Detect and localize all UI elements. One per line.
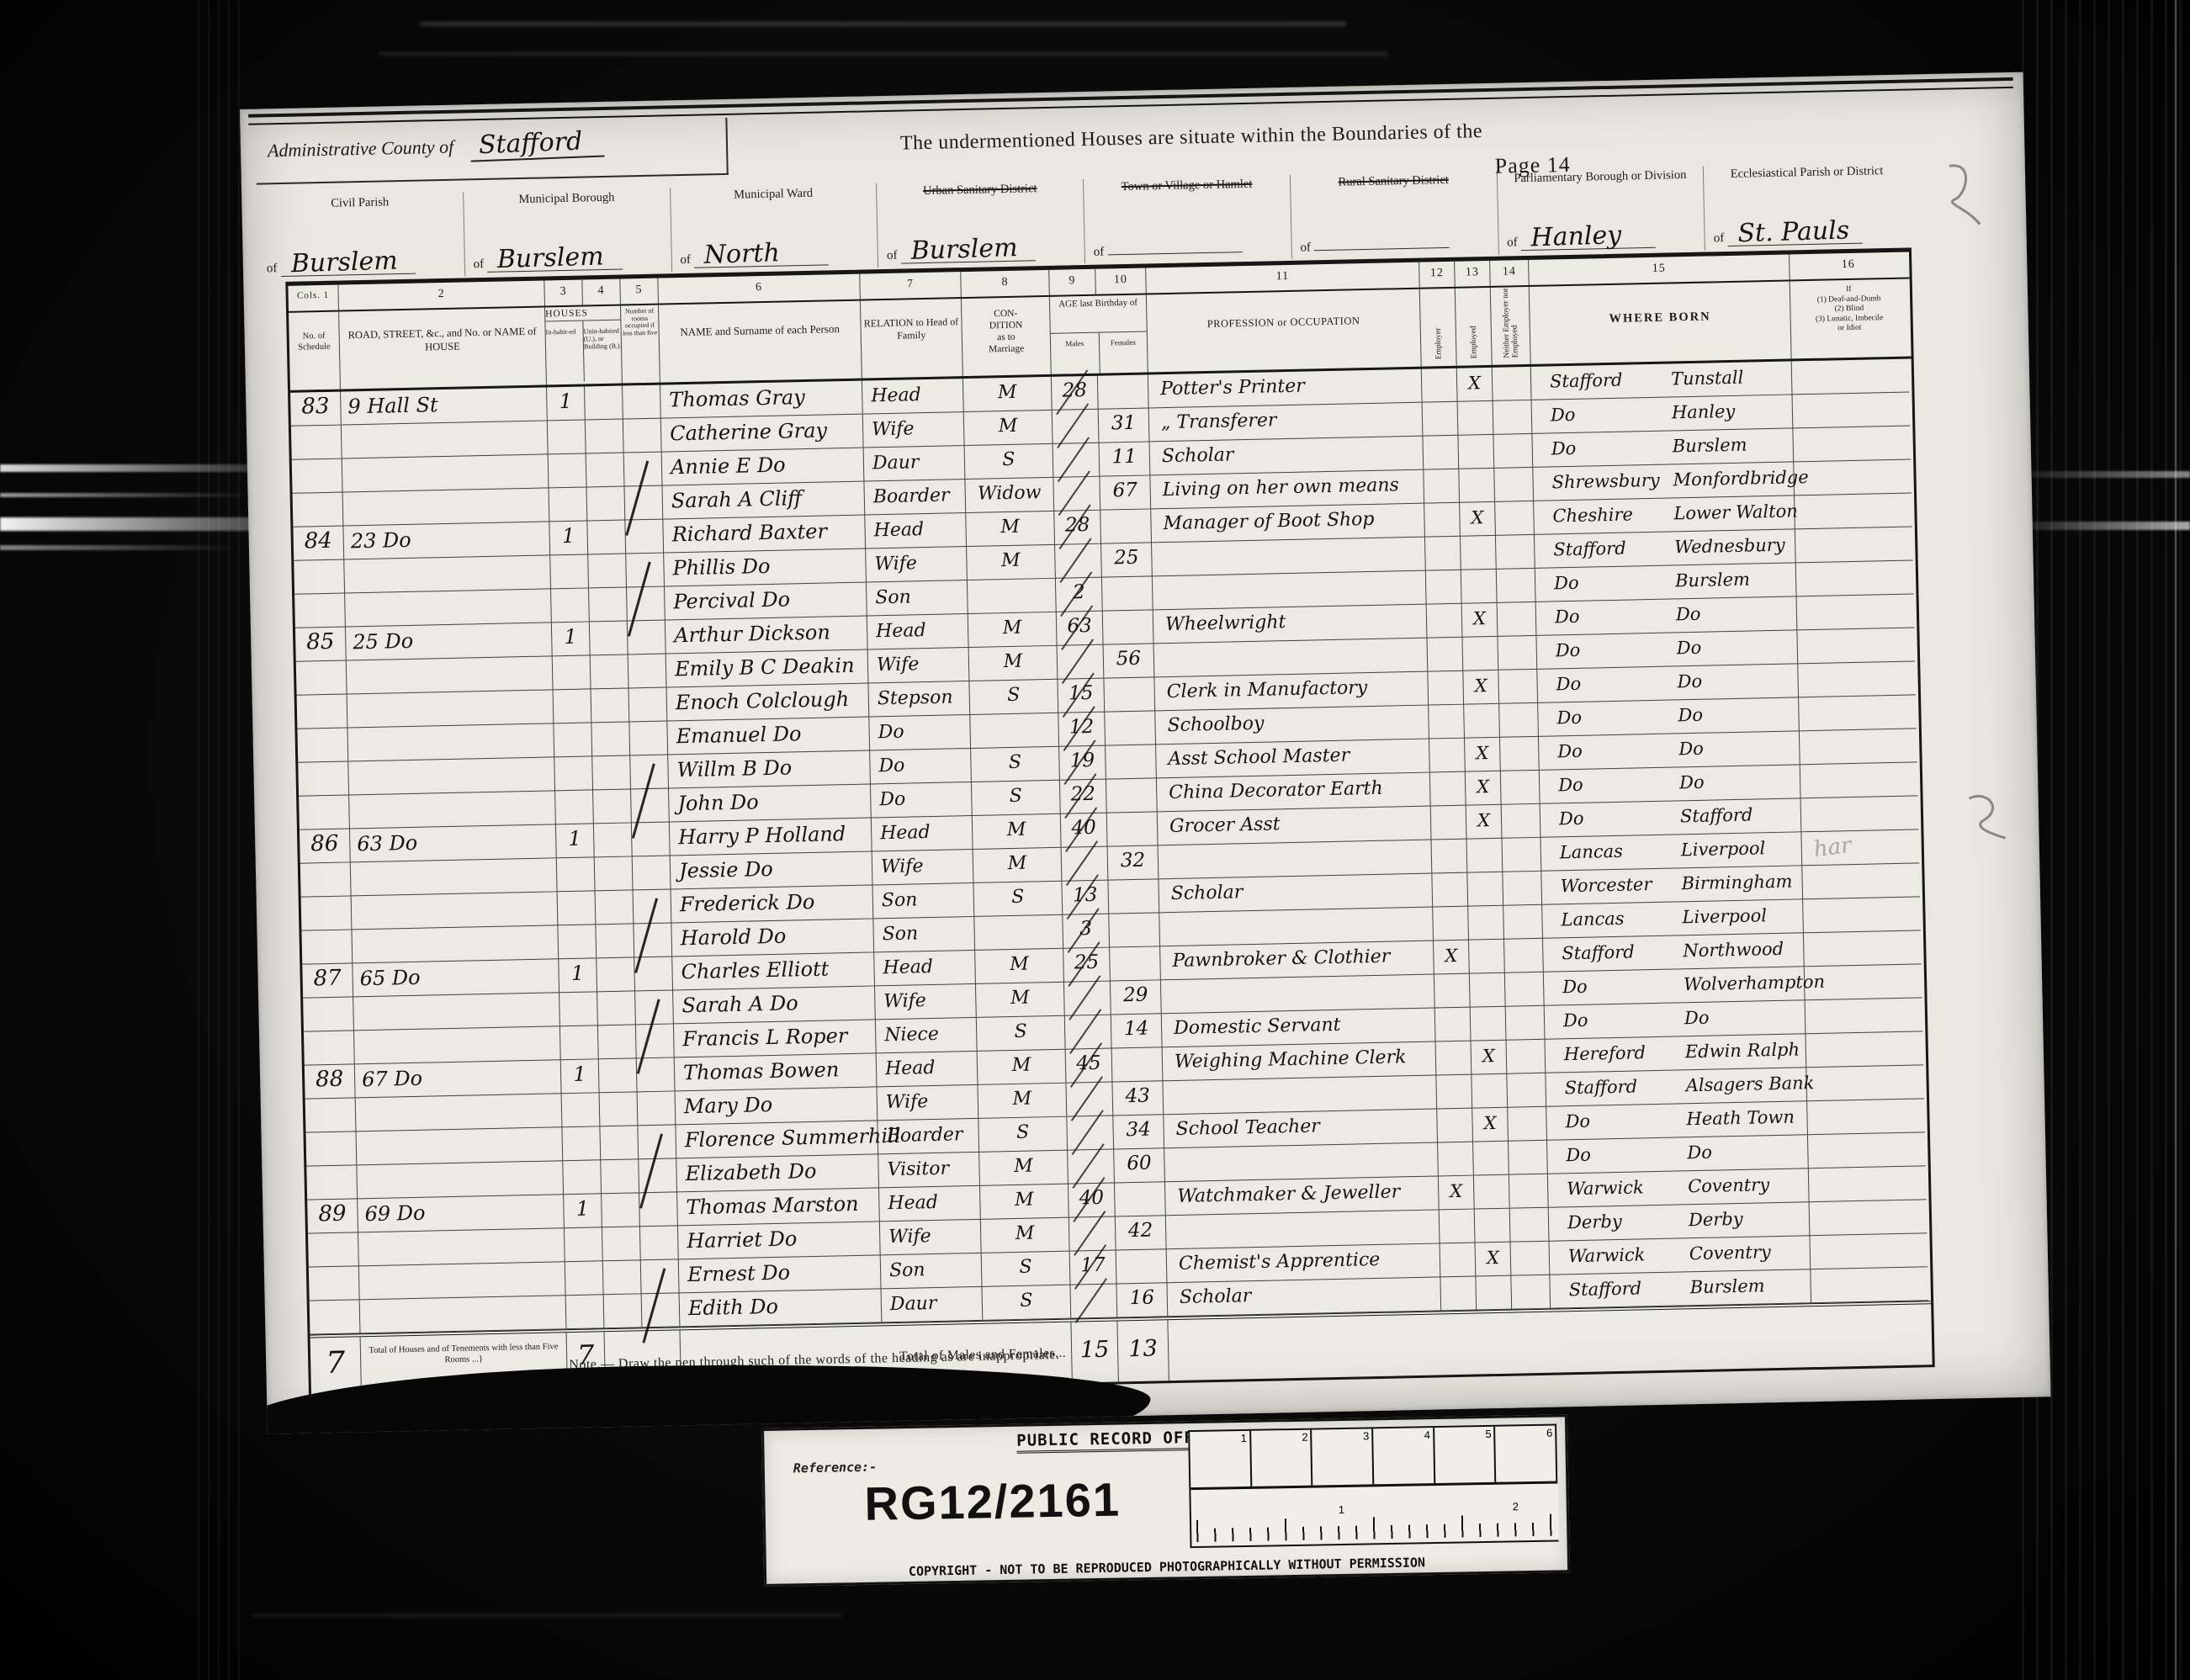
- cell-employed-mark: [1461, 536, 1497, 570]
- cell-rooms: [623, 385, 661, 420]
- cell-relation: Daur: [882, 1287, 984, 1323]
- film-streak: [379, 52, 1388, 56]
- cell-condition: Widow: [965, 478, 1054, 513]
- cell-neither-mark: [1511, 1242, 1551, 1276]
- cell-inhabited: [549, 453, 587, 488]
- cell-employer-mark: [1425, 537, 1461, 571]
- cell-rooms: [637, 1057, 676, 1092]
- cell-where-born: DoHeath Town: [1546, 1101, 1808, 1140]
- cell-rooms: [628, 621, 666, 655]
- cell-infirmity: [1796, 560, 1914, 596]
- cell-neither-mark: [1503, 872, 1542, 906]
- cell-neither-mark: [1510, 1208, 1550, 1243]
- cell-inhabited: 1: [559, 958, 597, 993]
- cell-employer-mark: [1436, 1041, 1472, 1076]
- header-field-line: St. Pauls: [1727, 223, 1863, 246]
- cell-age-female: [1116, 1249, 1168, 1284]
- cell-rooms: [629, 688, 668, 723]
- cell-infirmity: [1795, 493, 1912, 529]
- cell-schedule: [294, 594, 346, 628]
- cell-uninhabited: [595, 856, 634, 891]
- cell-employed-mark: [1462, 637, 1498, 671]
- cell-neither-mark: [1501, 771, 1540, 805]
- cell-uninhabited: [594, 823, 633, 857]
- cell-address: [345, 589, 552, 627]
- cell-employer-mark: [1429, 705, 1465, 739]
- cell-inhabited: 1: [549, 521, 588, 555]
- cell-condition: M: [973, 814, 1062, 850]
- header-field-of: ofNorth: [680, 243, 867, 268]
- cell-name: Harry P Holland: [670, 818, 872, 856]
- cell-schedule: 88: [305, 1064, 356, 1099]
- cell-relation: Head: [865, 513, 967, 549]
- cell-where-born: StaffordBurslem: [1550, 1269, 1811, 1308]
- cell-age-male: 2: [1056, 578, 1103, 612]
- cell-infirmity: [1797, 628, 1915, 664]
- cell-inhabited: [558, 891, 597, 925]
- born-place: Wolverhampton: [1662, 972, 1826, 1003]
- cell-employed-mark: [1464, 704, 1500, 739]
- cell-employed-mark: X: [1476, 1243, 1512, 1277]
- cell-address: [356, 1094, 563, 1131]
- ruler-cell: 3: [1312, 1428, 1374, 1485]
- cell-occupation: Pawnbroker & Clothier: [1160, 941, 1434, 980]
- column-number: 14: [1490, 260, 1530, 286]
- cell-rooms: [625, 520, 664, 554]
- cell-inhabited: 1: [561, 1059, 600, 1094]
- cell-infirmity: [1793, 427, 1911, 463]
- born-county: Worcester: [1541, 874, 1660, 904]
- cell-employed-mark: X: [1465, 738, 1501, 772]
- cell-relation: Do: [869, 715, 971, 751]
- cell-age-female: 25: [1101, 543, 1153, 577]
- page-heading: The undermentioned Houses are situate wi…: [745, 117, 1637, 158]
- col-header-employer: Employer: [1420, 289, 1457, 367]
- cell-age-male: 63: [1057, 612, 1104, 646]
- born-county: Shrewsbury: [1533, 470, 1652, 501]
- cell-infirmity: [1807, 1099, 1925, 1135]
- cell-where-born: WorcesterBirmingham: [1541, 866, 1803, 904]
- cell-neither-mark: [1496, 535, 1535, 570]
- cell-employed-mark: [1468, 906, 1504, 941]
- cell-where-born: DoDo: [1547, 1135, 1809, 1174]
- born-place: Liverpool: [1660, 905, 1767, 935]
- cell-condition: M: [976, 983, 1065, 1018]
- cell-neither-mark: [1498, 670, 1538, 704]
- cell-name: Edith Do: [680, 1289, 883, 1327]
- cell-employed-mark: X: [1457, 368, 1493, 402]
- ruler-number: 1: [1339, 1503, 1344, 1516]
- cell-inhabited: [553, 655, 591, 690]
- cell-neither-mark: [1502, 804, 1541, 839]
- cell-neither-mark: [1509, 1174, 1549, 1209]
- cell-uninhabited: [598, 1025, 637, 1059]
- cell-employed-mark: X: [1463, 670, 1499, 705]
- column-number: 6: [658, 274, 861, 304]
- cell-where-born: DoWolverhampton: [1544, 967, 1806, 1005]
- cell-uninhabited: [590, 621, 628, 655]
- col-header-age: AGE last Birthday of: [1050, 294, 1147, 333]
- cell-rooms: [627, 587, 665, 622]
- cell-where-born: ShrewsburyMonfordbridge: [1533, 462, 1795, 501]
- cell-rooms: [631, 788, 670, 823]
- cell-age-female: [1109, 913, 1160, 947]
- cell-occupation: Manager of Boot Shop: [1151, 504, 1425, 543]
- cell-where-born: CheshireLower Walton: [1534, 496, 1795, 534]
- cell-condition: [974, 915, 1063, 951]
- born-place: Do: [1657, 739, 1704, 767]
- cell-infirmity: [1792, 359, 1910, 395]
- cell-employed-mark: [1459, 469, 1495, 503]
- born-county: Do: [1538, 706, 1657, 736]
- cell-name: Percival Do: [665, 583, 867, 621]
- cell-infirmity: [1800, 729, 1917, 765]
- column-number: 7: [860, 272, 962, 299]
- ruler-cell: 2: [1251, 1430, 1313, 1487]
- born-place: Derby: [1667, 1209, 1743, 1238]
- cell-infirmity: [1802, 863, 1920, 899]
- born-county: Cheshire: [1534, 504, 1652, 534]
- cell-rooms: [634, 957, 673, 991]
- born-place: Do: [1655, 671, 1702, 700]
- cell-schedule: [301, 896, 353, 930]
- col-header-inhabited: In-habit-ed: [545, 321, 584, 383]
- cell-occupation: Weighing Machine Clerk: [1163, 1041, 1437, 1081]
- cell-neither-mark: [1500, 737, 1540, 771]
- cell-employer-mark: [1427, 638, 1463, 672]
- header-field-of: of: [1094, 241, 1281, 260]
- cell-uninhabited: [600, 1126, 639, 1160]
- cell-uninhabited: [601, 1159, 639, 1194]
- cell-name: Elizabeth Do: [676, 1154, 879, 1192]
- cell-employer-mark: [1435, 1008, 1471, 1042]
- cell-age-female: 31: [1099, 408, 1150, 443]
- cell-address: [347, 723, 554, 761]
- ruler-cell: 1: [1190, 1431, 1252, 1487]
- col-header-road: ROAD, STREET, &c., and No. or NAME of HO…: [339, 307, 547, 389]
- header-field-label: Rural Sanitary District: [1291, 172, 1497, 191]
- cell-age-male: [1064, 982, 1111, 1016]
- cell-neither-mark: [1497, 569, 1536, 603]
- cell-rooms: [624, 486, 663, 521]
- col-header-employed: Employed: [1456, 288, 1493, 366]
- col-header-where-born: WHERE BORN: [1530, 281, 1792, 363]
- cell-employed-mark: [1469, 940, 1505, 974]
- cell-schedule: [308, 1232, 359, 1267]
- born-place: Do: [1662, 1008, 1710, 1036]
- born-place: Do: [1654, 604, 1701, 633]
- cell-infirmity: [1797, 594, 1915, 630]
- born-place: Do: [1656, 705, 1703, 734]
- cell-where-born: StaffordWednesbury: [1535, 529, 1796, 568]
- cell-inhabited: [549, 487, 588, 522]
- header-field-label: Ecclesiastical Parish or District: [1704, 163, 1910, 182]
- born-county: Do: [1536, 605, 1655, 635]
- cell-condition: S: [978, 1117, 1068, 1153]
- col-header-name: NAME and Surname of each Person: [659, 301, 862, 383]
- born-county: Do: [1532, 403, 1651, 433]
- cell-neither-mark: [1503, 905, 1543, 940]
- cell-uninhabited: [585, 386, 623, 421]
- born-county: Stafford: [1535, 538, 1653, 568]
- cell-age-female: 43: [1112, 1081, 1164, 1116]
- pencil-squiggle: [1962, 787, 2013, 847]
- cell-condition: S: [983, 1285, 1072, 1321]
- cell-name: Phillis Do: [664, 549, 867, 587]
- header-field-line: [1314, 247, 1449, 251]
- header-field-line: North: [694, 244, 830, 268]
- cell-schedule: 83: [290, 392, 342, 427]
- cell-condition: M: [981, 1218, 1070, 1253]
- cell-employer-mark: [1440, 1210, 1476, 1244]
- col-header-infirmity: If (1) Deaf-and-Dumb (2) Blind (3) Lunat…: [1790, 279, 1909, 359]
- header-field-label: Civil Parish: [257, 193, 463, 212]
- cell-neither-mark: [1511, 1275, 1551, 1310]
- cell-age-male: 17: [1070, 1250, 1117, 1285]
- cell-infirmity: [1800, 762, 1918, 798]
- header-field: Town or Village or Hamletof: [1083, 175, 1291, 263]
- cell-inhabited: [559, 992, 598, 1026]
- cell-employer-mark: [1428, 671, 1464, 706]
- col-header-condition: CON- DITION as to Marriage: [962, 297, 1052, 376]
- cell-infirmity: [1794, 459, 1912, 496]
- born-place: Heath Town: [1664, 1107, 1795, 1137]
- cell-age-male: [1062, 847, 1109, 882]
- cell-uninhabited: [589, 587, 628, 622]
- cell-uninhabited: [596, 924, 634, 958]
- header-field-line: Burslem: [280, 253, 416, 277]
- header-field-of: ofSt. Pauls: [1714, 222, 1901, 247]
- cell-relation: Head: [877, 1052, 978, 1088]
- cell-address: [359, 1262, 566, 1300]
- cell-neither-mark: [1499, 703, 1539, 738]
- header-field: Urban Sanitary DistrictofBurslem: [876, 179, 1084, 268]
- cell-relation: Son: [867, 580, 968, 617]
- cell-address: [352, 892, 559, 930]
- cell-employed-mark: [1458, 401, 1494, 436]
- cell-name: Ernest Do: [679, 1255, 882, 1293]
- cell-employed-mark: [1470, 973, 1506, 1008]
- col-header-males: Males: [1051, 333, 1100, 374]
- cell-occupation: Scholar: [1159, 874, 1433, 914]
- cell-uninhabited: [593, 789, 632, 824]
- column-number: 11: [1146, 262, 1420, 294]
- cell-occupation: Wheelwright: [1153, 605, 1428, 644]
- public-record-office-stamp: PUBLIC RECORD OFFICE Reference:- RG12/21…: [761, 1414, 1570, 1587]
- cell-address: [347, 690, 554, 728]
- cell-where-born: DoHanley: [1532, 395, 1794, 433]
- cell-occupation: Watchmaker & Jeweller: [1165, 1176, 1440, 1216]
- cell-address: [351, 858, 558, 896]
- born-place: Lower Walton: [1652, 501, 1798, 532]
- cell-name: Annie E Do: [662, 448, 865, 486]
- born-place: Tunstall: [1649, 368, 1744, 397]
- cell-occupation: [1153, 571, 1427, 611]
- cell-uninhabited: [587, 521, 626, 555]
- cell-employer-mark: X: [1434, 941, 1470, 975]
- cell-employer-mark: [1438, 1142, 1474, 1177]
- cell-where-born: LancasLiverpool: [1542, 899, 1804, 938]
- cell-occupation: [1159, 840, 1433, 880]
- cell-neither-mark: [1494, 468, 1534, 502]
- header-field: Parliamentary Borough or DivisionofHanle…: [1496, 167, 1705, 255]
- cell-name: Charles Elliott: [672, 952, 875, 990]
- cell-occupation: Asst School Master: [1156, 739, 1430, 779]
- header-field-label: Municipal Ward: [671, 185, 877, 204]
- film-scan-stage: Administrative County of Stafford The un…: [0, 0, 2190, 1680]
- cell-neither-mark: [1504, 939, 1544, 973]
- cell-employer-mark: [1430, 772, 1466, 807]
- cell-relation: Wife: [866, 547, 968, 583]
- cell-employer-mark: [1431, 840, 1467, 874]
- cell-condition: S: [972, 781, 1061, 816]
- cell-occupation: [1164, 1142, 1439, 1182]
- cell-where-born: DoDo: [1539, 731, 1800, 770]
- cell-employed-mark: [1475, 1209, 1511, 1243]
- cell-rooms: [636, 1024, 675, 1058]
- col-header-houses-group: HOUSES In-habit-ed Unin-habited (U.), or…: [545, 306, 623, 385]
- cell-condition: M: [978, 1084, 1067, 1119]
- born-place: Alsagers Bank: [1663, 1073, 1814, 1104]
- cell-neither-mark: [1508, 1107, 1547, 1142]
- header-field-of: ofHanley: [1507, 226, 1694, 252]
- cell-age-male: 40: [1061, 814, 1108, 848]
- cell-schedule: [296, 660, 347, 695]
- cell-occupation: Clerk in Manufactory: [1154, 672, 1429, 712]
- cell-age-female: [1098, 374, 1149, 409]
- cell-rooms: [628, 655, 667, 689]
- column-number: 8: [961, 270, 1050, 297]
- cell-inhabited: [558, 925, 597, 959]
- cell-age-male: 19: [1059, 746, 1106, 781]
- column-number: 5: [620, 278, 659, 305]
- cell-relation: Wife: [863, 412, 965, 448]
- cell-age-male: 3: [1063, 914, 1110, 949]
- cell-relation: Son: [881, 1253, 983, 1290]
- ruler-number: 2: [1513, 1500, 1519, 1513]
- cell-neither-mark: [1498, 602, 1537, 637]
- cell-age-male: 25: [1063, 948, 1111, 983]
- column-number: 12: [1419, 262, 1456, 288]
- cell-schedule: [303, 997, 354, 1031]
- cell-occupation: Scholar: [1150, 437, 1424, 476]
- cell-uninhabited: [586, 420, 624, 454]
- cell-age-male: 15: [1058, 679, 1105, 713]
- cell-age-male: 22: [1060, 780, 1107, 814]
- header-field-of: ofBurslem: [267, 252, 454, 278]
- cell-age-male: 13: [1062, 881, 1109, 915]
- cell-employed-mark: [1473, 1142, 1509, 1176]
- cell-name: Sarah A Cliff: [662, 482, 865, 520]
- cell-name: John Do: [669, 784, 872, 822]
- cell-uninhabited: [600, 1092, 639, 1126]
- cell-occupation: [1154, 639, 1429, 678]
- cell-schedule: 87: [302, 963, 353, 998]
- cell-occupation: [1163, 1075, 1437, 1115]
- cell-relation: Head: [867, 614, 969, 650]
- cell-employed-mark: X: [1471, 1041, 1508, 1075]
- cell-neither-mark: [1506, 1006, 1546, 1041]
- cell-employer-mark: [1434, 974, 1471, 1009]
- cell-age-male: [1053, 477, 1100, 511]
- administrative-county-box: Administrative County of Stafford: [255, 118, 728, 185]
- cell-address: 9 Hall St: [341, 387, 548, 425]
- cell-rooms: [642, 1293, 681, 1328]
- column-number: Cols. 1: [288, 285, 339, 311]
- cell-where-born: DoDo: [1536, 630, 1798, 669]
- column-number: 10: [1095, 268, 1147, 294]
- cell-relation: Do: [871, 782, 973, 819]
- cell-relation: Boarder: [864, 480, 966, 516]
- cell-infirmity: [1793, 393, 1911, 429]
- cell-address: [357, 1161, 564, 1199]
- cell-employed-mark: X: [1472, 1108, 1509, 1142]
- born-county: Do: [1545, 1009, 1663, 1039]
- cell-infirmity: [1804, 930, 1922, 967]
- cell-age-female: 32: [1108, 845, 1159, 880]
- cell-address: 23 Do: [343, 522, 550, 559]
- cell-condition: M: [968, 612, 1058, 648]
- cell-schedule: [294, 560, 345, 595]
- cell-relation: Wife: [872, 850, 974, 886]
- born-county: Stafford: [1531, 369, 1650, 400]
- born-place: Do: [1657, 772, 1705, 801]
- cell-employer-mark: [1422, 368, 1458, 403]
- cell-schedule: 86: [300, 829, 351, 863]
- cell-inhabited: [565, 1227, 603, 1262]
- cell-relation: Head: [862, 379, 964, 415]
- census-table: Cols. 12345678910111213141516 No. of Sch…: [285, 247, 1934, 1401]
- cell-address: [356, 1127, 563, 1165]
- born-county: Lancas: [1541, 840, 1660, 871]
- cell-employer-mark: [1423, 402, 1459, 437]
- cell-employer-mark: [1427, 604, 1463, 639]
- header-field-of: ofBurslem: [887, 239, 1074, 264]
- cell-name: Willm B Do: [668, 750, 871, 788]
- cell-age-female: [1110, 946, 1161, 981]
- cell-occupation: „ Transferer: [1149, 403, 1424, 443]
- cell-age-male: [1053, 410, 1100, 444]
- header-field-line: Burslem: [487, 249, 623, 273]
- born-place: Do: [1655, 638, 1702, 666]
- cell-schedule: [298, 761, 349, 796]
- header-field-line: Hanley: [1520, 227, 1656, 251]
- cell-relation: Head: [872, 816, 973, 852]
- cell-where-born: WarwickCoventry: [1548, 1169, 1810, 1207]
- cell-inhabited: [548, 420, 586, 454]
- cell-occupation: Chemist's Apprentice: [1167, 1243, 1441, 1283]
- cell-inhabited: [554, 756, 593, 791]
- pencil-scribble: har: [1812, 833, 1853, 862]
- header-field-label: Parliamentary Borough or Division: [1497, 168, 1703, 187]
- cell-employed-mark: [1474, 1175, 1510, 1210]
- cell-age-male: [1053, 443, 1100, 478]
- cell-rooms: [623, 419, 662, 453]
- born-county: Warwick: [1550, 1244, 1668, 1275]
- cell-inhabited: [555, 790, 594, 824]
- cell-address: [347, 656, 554, 694]
- cell-neither-mark: [1495, 501, 1535, 536]
- cell-neither-mark: [1507, 1040, 1546, 1074]
- cell-relation: Niece: [876, 1018, 978, 1054]
- header-field-value: Burslem: [487, 248, 609, 270]
- born-place: Coventry: [1666, 1174, 1770, 1205]
- cell-employer-mark: [1437, 1109, 1473, 1143]
- cell-age-male: [1068, 1150, 1115, 1184]
- cell-address: [349, 791, 556, 829]
- cell-age-male: [1070, 1284, 1117, 1318]
- cell-address: [344, 555, 551, 593]
